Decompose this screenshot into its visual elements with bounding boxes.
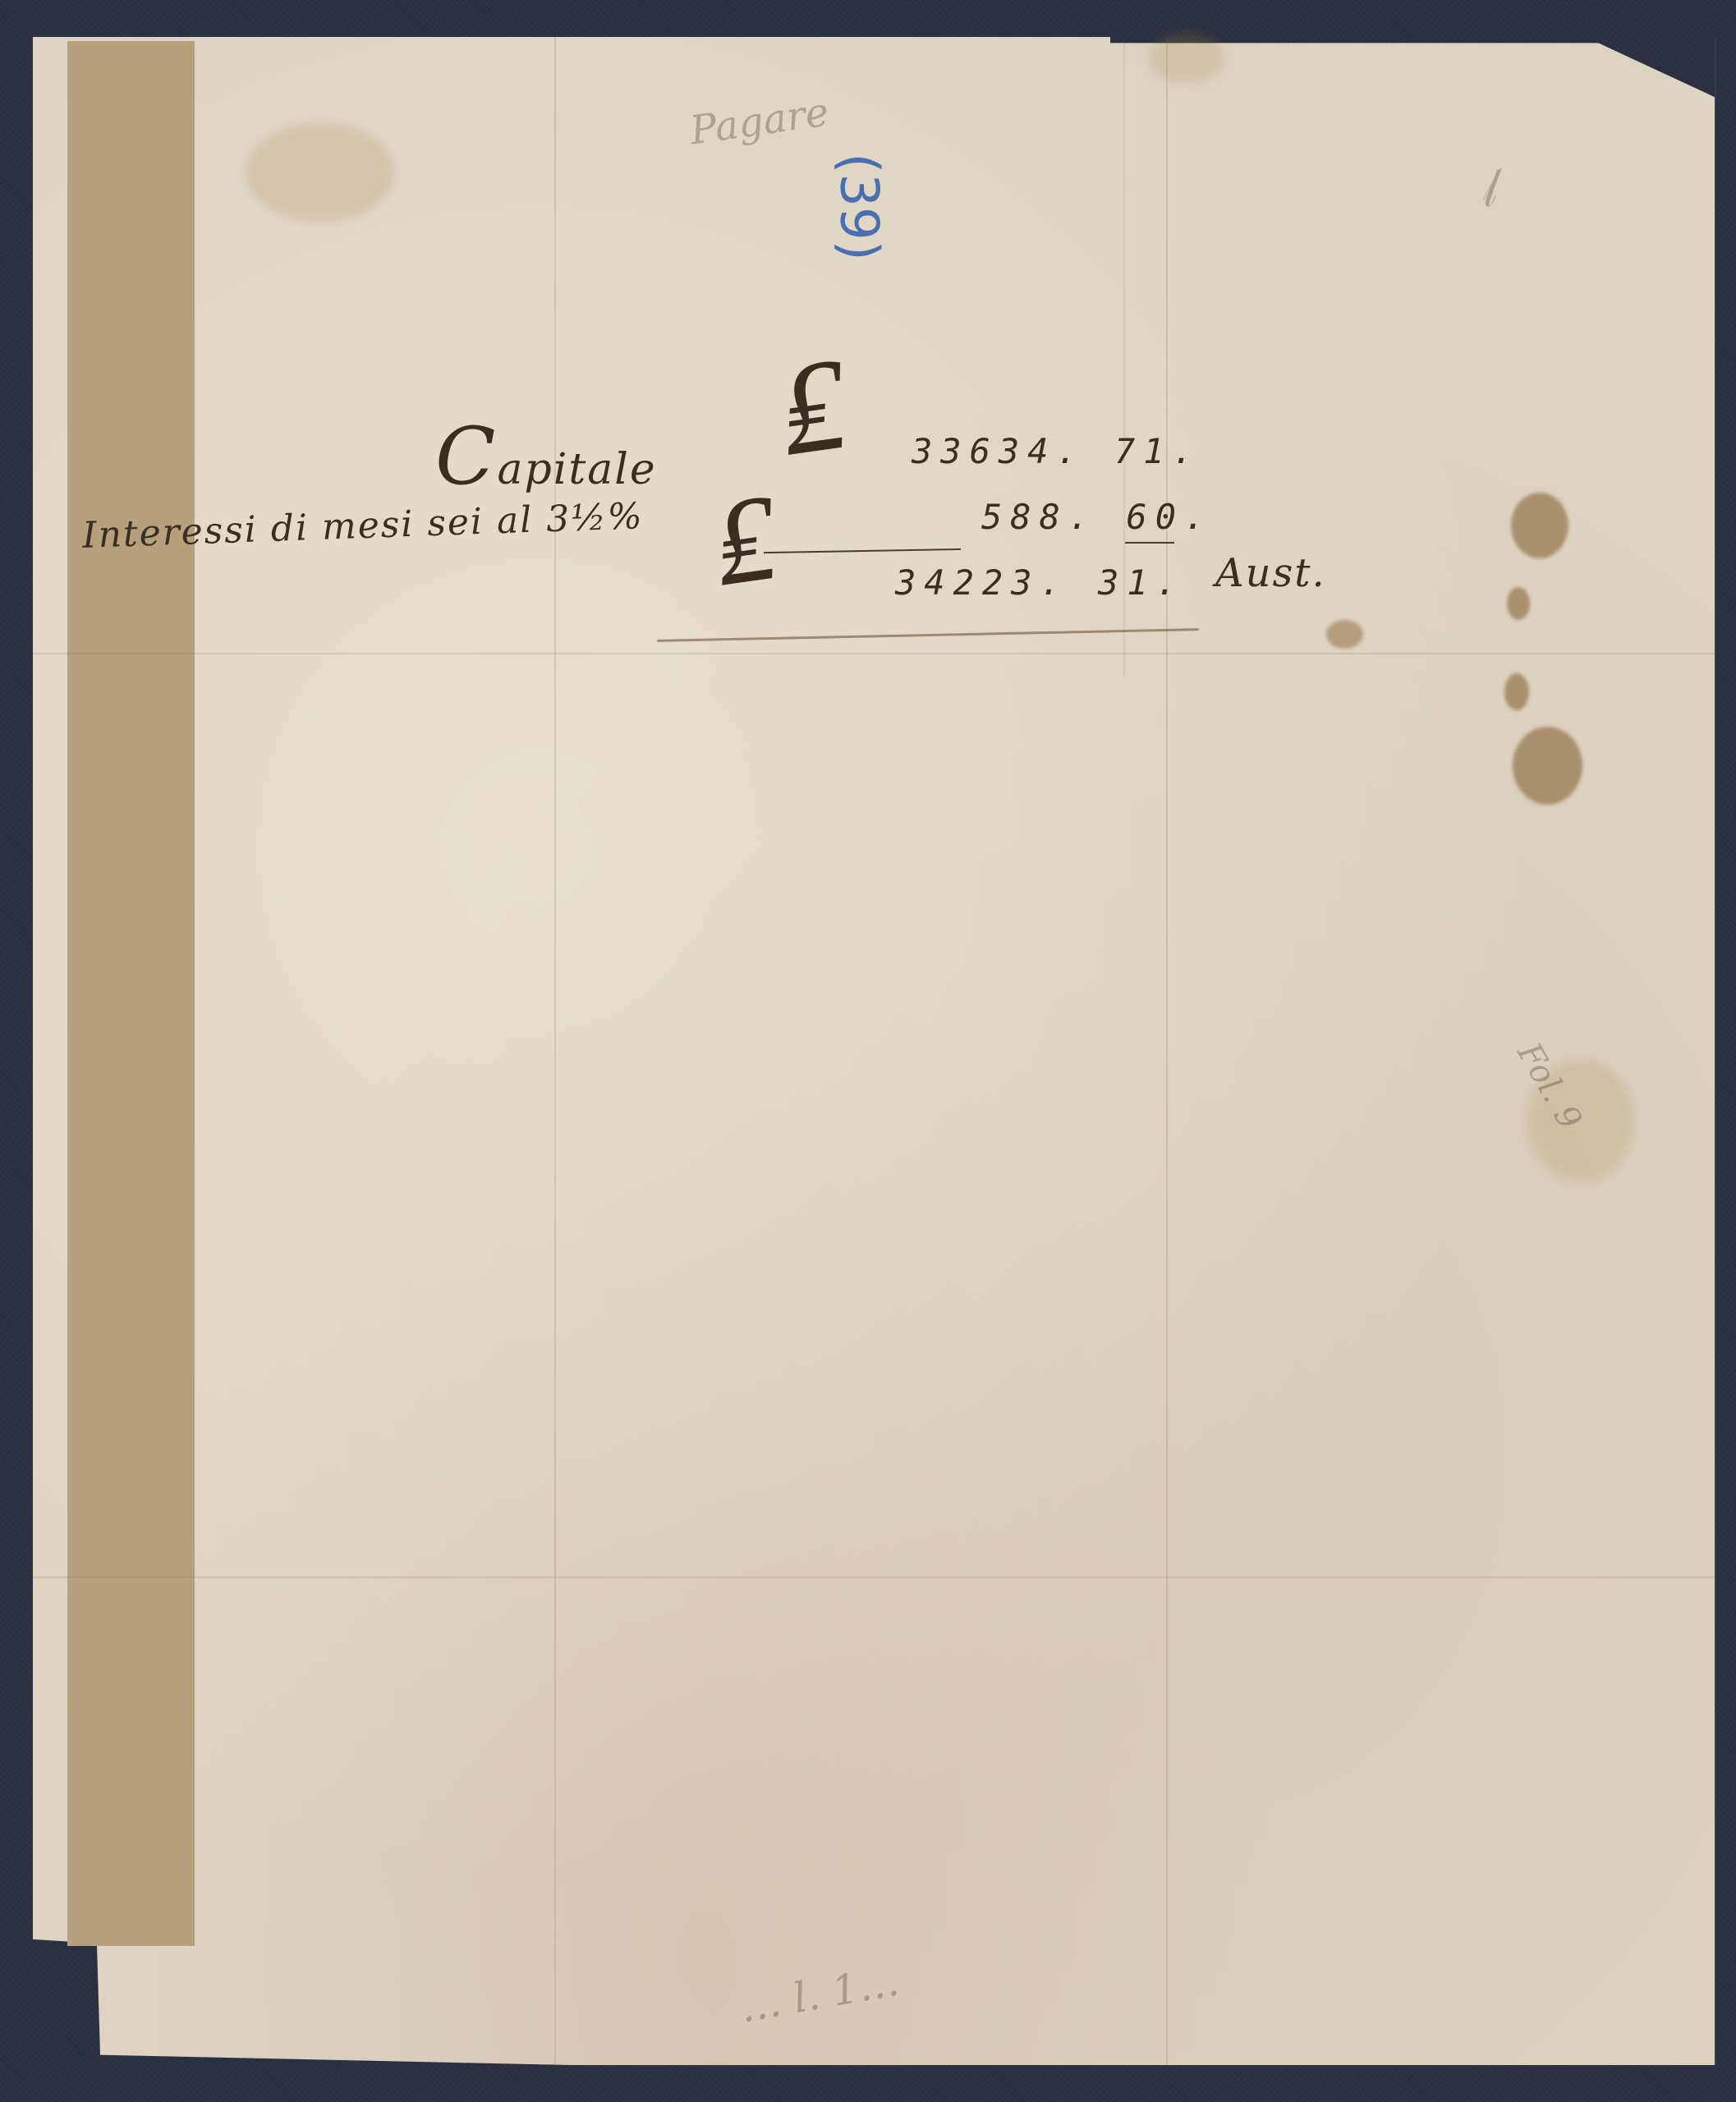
ink-stain — [1504, 673, 1529, 710]
paper-sheet — [33, 37, 1716, 2065]
fold-line-horizontal — [33, 1576, 1716, 1578]
ink-stain — [1507, 587, 1530, 620]
page-edge — [1715, 37, 1716, 2065]
entry-amount-capital: 33634. 71. — [912, 431, 1201, 471]
fold-line-vertical — [554, 37, 556, 2065]
total-currency: Aust. — [1215, 550, 1326, 596]
sum-rule — [1125, 542, 1174, 544]
archive-number-annotation: (39) — [829, 153, 889, 260]
entry-amount-interest: 588. 60. — [981, 497, 1213, 537]
fold-line-vertical — [1166, 37, 1168, 2065]
water-stain — [246, 123, 394, 222]
ink-stain — [1511, 493, 1568, 558]
water-stain — [1150, 33, 1224, 82]
repair-tape-strip — [67, 41, 195, 1946]
total-amount: 34223. 31. — [895, 562, 1185, 603]
ink-stain — [1513, 727, 1582, 805]
ink-stain — [1326, 620, 1363, 649]
fold-line-horizontal — [33, 653, 1716, 654]
entry-label-capital: Capitale — [435, 411, 657, 503]
